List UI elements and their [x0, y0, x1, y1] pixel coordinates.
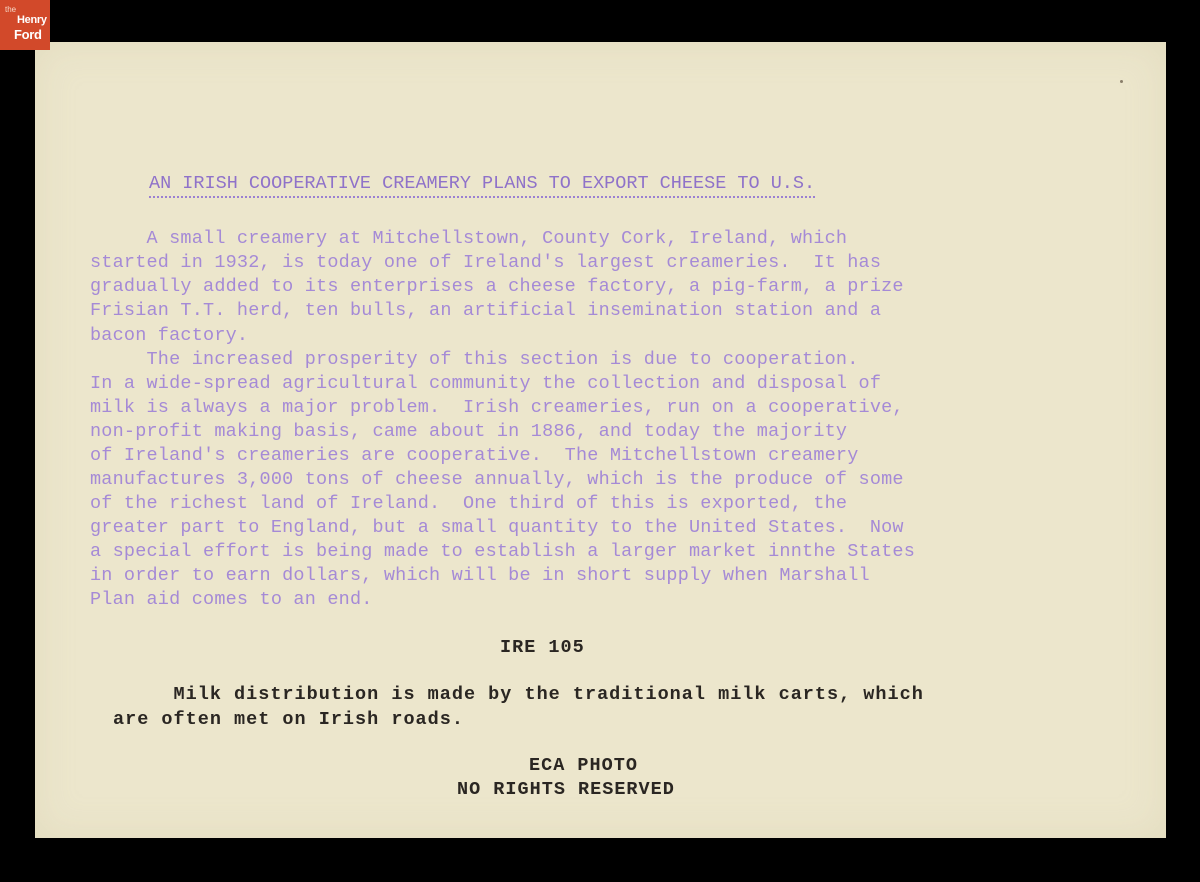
- caption-line: are often met on Irish roads.: [113, 709, 464, 730]
- body-line: milk is always a major problem. Irish cr…: [90, 397, 904, 418]
- body-line: manufactures 3,000 tons of cheese annual…: [90, 469, 904, 490]
- photo-id: IRE 105: [500, 637, 585, 658]
- body-line: of Ireland's creameries are cooperative.…: [90, 445, 859, 466]
- logo-the: the: [5, 5, 16, 14]
- body-line: bacon factory.: [90, 325, 248, 346]
- credit-line-2: NO RIGHTS RESERVED: [457, 779, 675, 800]
- body-line: Frisian T.T. herd, ten bulls, an artific…: [90, 300, 881, 321]
- body-line: greater part to England, but a small qua…: [90, 517, 904, 538]
- logo-ford: Ford: [14, 27, 42, 42]
- body-line: Plan aid comes to an end.: [90, 589, 373, 610]
- henry-ford-logo: the Henry Ford: [0, 0, 50, 50]
- document-title: AN IRISH COOPERATIVE CREAMERY PLANS TO E…: [149, 173, 815, 198]
- body-line: gradually added to its enterprises a che…: [90, 276, 904, 297]
- logo-henry: Henry: [17, 14, 47, 26]
- body-line: started in 1932, is today one of Ireland…: [90, 252, 881, 273]
- caption-line: Milk distribution is made by the traditi…: [113, 684, 924, 705]
- body-line: non-profit making basis, came about in 1…: [90, 421, 847, 442]
- body-line: of the richest land of Ireland. One thir…: [90, 493, 847, 514]
- body-line: in order to earn dollars, which will be …: [90, 565, 870, 586]
- paper-speck: [1120, 80, 1123, 83]
- body-line: A small creamery at Mitchellstown, Count…: [90, 228, 847, 249]
- body-line: In a wide-spread agricultural community …: [90, 373, 881, 394]
- body-line: The increased prosperity of this section…: [90, 349, 859, 370]
- body-line: a special effort is being made to establ…: [90, 541, 915, 562]
- credit-line-1: ECA PHOTO: [529, 755, 638, 776]
- document-paper: AN IRISH COOPERATIVE CREAMERY PLANS TO E…: [35, 42, 1166, 838]
